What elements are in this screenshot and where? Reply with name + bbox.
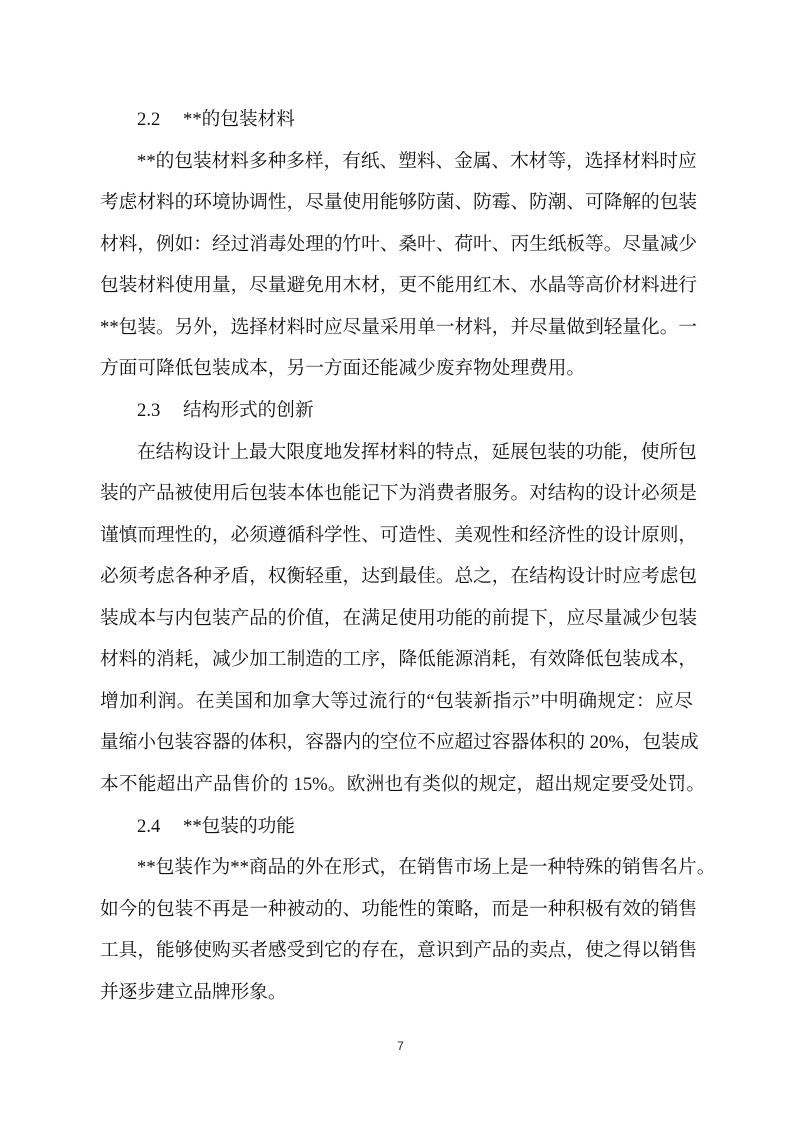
paragraph-line: 考虑材料的环境协调性，尽量使用能够防菌、防霉、防潮、可降解的包装	[100, 182, 693, 224]
paragraph-line: 增加利润。在美国和加拿大等过流行的“包装新指示”中明确规定：应尽	[100, 681, 693, 723]
paragraph-line: 方面可降低包装成本，另一方面还能减少废弃物处理费用。	[100, 348, 693, 390]
paragraph-line: 装的产品被使用后包装本体也能记下为消费者服务。对结构的设计必须是	[100, 473, 693, 515]
paragraph-line: **包装作为**商品的外在形式，在销售市场上是一种特殊的销售名片。	[100, 847, 713, 889]
paragraph-line: 材料的消耗，减少加工制造的工序，降低能源消耗，有效降低包装成本，	[100, 639, 693, 681]
section-heading-2-2: 2.2**的包装材料	[100, 99, 693, 141]
section-title: 结构形式的创新	[183, 400, 314, 421]
paragraph-line: 谨慎而理性的，必须遵循科学性、可造性、美观性和经济性的设计原则，	[100, 515, 693, 557]
section-title: **包装的功能	[183, 816, 295, 837]
paragraph-line: 并逐步建立品牌形象。	[100, 972, 693, 1014]
paragraph-line: 必须考虑各种矛盾，权衡轻重，达到最佳。总之，在结构设计时应考虑包	[100, 556, 693, 598]
paragraph-line: 本不能超出产品售价的 15%。欧洲也有类似的规定，超出规定要受处罚。	[100, 764, 705, 806]
paragraph-line: 如今的包装不再是一种被动的、功能性的策略，而是一种积极有效的销售	[100, 889, 693, 931]
section-number: 2.2	[137, 99, 165, 141]
paragraph-line: **包装。另外，选择材料时应尽量采用单一材料，并尽量做到轻量化。一	[100, 307, 693, 349]
section-heading-2-4: 2.4**包装的功能	[100, 806, 693, 848]
paragraph-line: 工具，能够使购买者感受到它的存在，意识到产品的卖点，使之得以销售	[100, 930, 693, 972]
paragraph-line: 量缩小包装容器的体积，容器内的空位不应超过容器体积的 20%，包装成	[100, 722, 693, 764]
page-number: 7	[0, 1039, 793, 1053]
paragraph-line: **的包装材料多种多样，有纸、塑料、金属、木材等，选择材料时应	[100, 141, 693, 183]
section-number: 2.4	[137, 806, 165, 848]
section-number: 2.3	[137, 390, 165, 432]
paragraph-line: 包装材料使用量，尽量避免用木材，更不能用红木、水晶等高价材料进行	[100, 265, 693, 307]
paragraph-line: 材料，例如：经过消毒处理的竹叶、桑叶、荷叶、丙生纸板等。尽量减少	[100, 224, 693, 266]
section-heading-2-3: 2.3结构形式的创新	[100, 390, 693, 432]
paragraph-line: 在结构设计上最大限度地发挥材料的特点，延展包装的功能，使所包	[100, 432, 693, 474]
section-title: **的包装材料	[183, 109, 295, 130]
paragraph-line: 装成本与内包装产品的价值，在满足使用功能的前提下，应尽量减少包装	[100, 598, 693, 640]
document-page: 2.2**的包装材料 **的包装材料多种多样，有纸、塑料、金属、木材等，选择材料…	[0, 0, 793, 1122]
page-body: 2.2**的包装材料 **的包装材料多种多样，有纸、塑料、金属、木材等，选择材料…	[100, 99, 693, 1013]
